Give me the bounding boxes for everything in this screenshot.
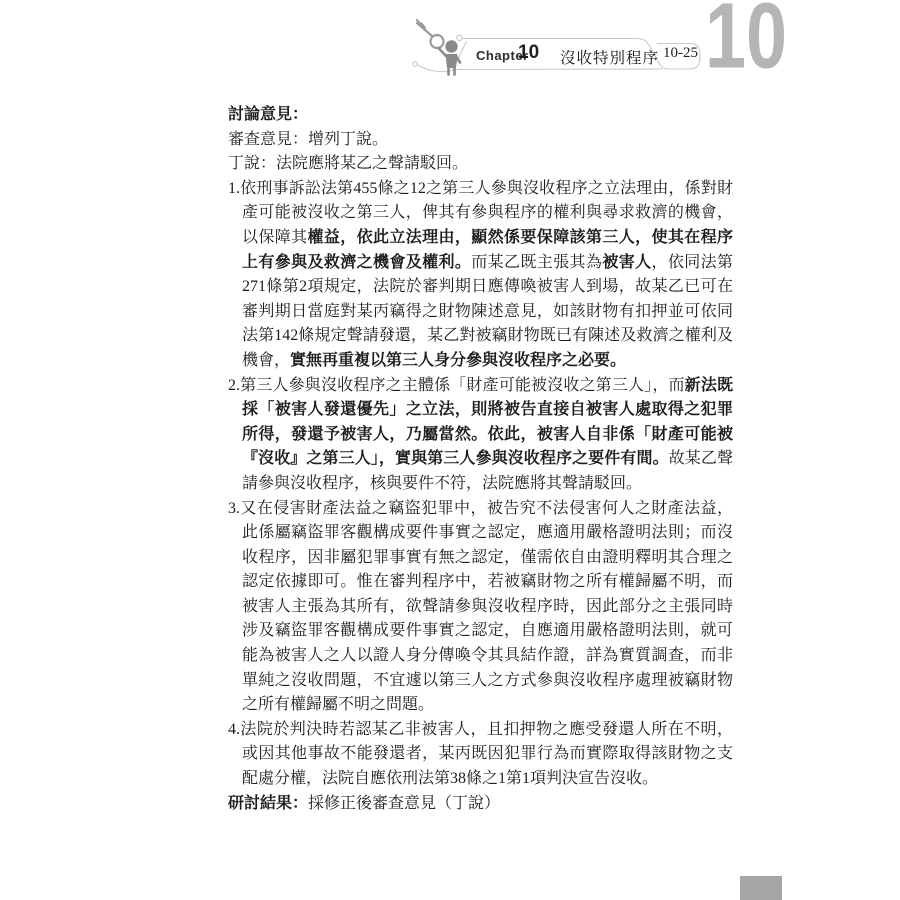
page-edge-tab xyxy=(740,876,782,900)
corner-chapter-number: 10 xyxy=(703,0,789,70)
connector-dot-top xyxy=(457,35,463,41)
chapter-title: 沒收特別程序 xyxy=(560,46,659,68)
argument-item-4: 4.法院於判決時若認某乙非被害人，且扣押物之應受發還人所在不明，或因其他事故不能… xyxy=(228,718,733,792)
argument-item-1: 1.依刑事訴訟法第455條之12之第三人參與沒收程序之立法理由，係對財產可能被沒… xyxy=(228,177,733,374)
chapter-number: 10 xyxy=(518,42,539,64)
person-with-key-icon xyxy=(417,20,460,75)
ding-opinion-line: 丁說：法院應將某乙之聲請駁回。 xyxy=(228,152,733,177)
book-page: Chapter 10 沒收特別程序 10-25 10 討論意見：審查意見：增列丁… xyxy=(0,0,900,900)
list-number: 4. xyxy=(228,721,240,738)
list-number: 3. xyxy=(228,500,240,517)
key-bow xyxy=(431,35,444,48)
document-body: 討論意見：審查意見：增列丁說。丁說：法院應將某乙之聲請駁回。1.依刑事訴訟法第4… xyxy=(228,103,733,816)
list-number: 1. xyxy=(228,180,240,197)
figure-head xyxy=(445,40,457,52)
connector-dot-left xyxy=(413,62,418,67)
discussion-opinion-heading: 討論意見： xyxy=(228,103,733,128)
argument-item-3: 3.又在侵害財產法益之竊盜犯罪中，被告究不法侵害何人之財產法益，此係屬竊盜罪客觀… xyxy=(228,497,733,718)
svg-text:10: 10 xyxy=(705,0,787,70)
figure-legs xyxy=(449,68,455,75)
review-opinion-line: 審查意見：增列丁說。 xyxy=(228,128,733,153)
page-number: 10-25 xyxy=(663,45,698,62)
argument-item-2: 2.第三人參與沒收程序之主體係「財產可能被沒收之第三人」，而新法既採「被害人發還… xyxy=(228,374,733,497)
conclusion-line: 研討結果：採修正後審查意見（丁說） xyxy=(228,792,733,817)
header-line-bottom xyxy=(453,69,663,70)
figure-arm-left xyxy=(439,48,447,57)
key-shaft xyxy=(417,23,433,37)
list-number: 2. xyxy=(228,377,240,394)
